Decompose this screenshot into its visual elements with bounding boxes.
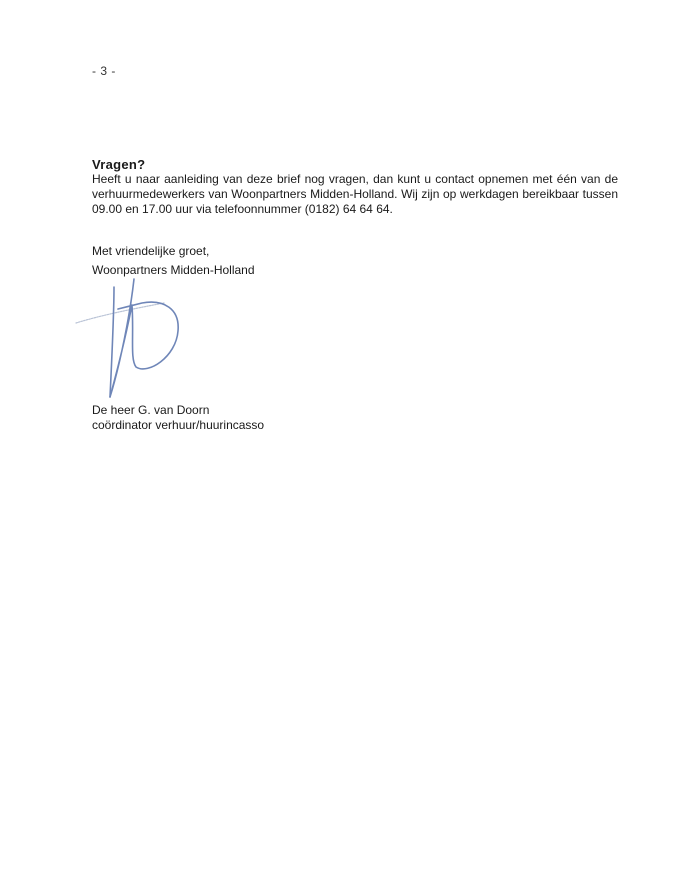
signer-name: De heer G. van Doorn bbox=[92, 403, 264, 418]
closing-greeting: Met vriendelijke groet, bbox=[92, 242, 255, 261]
questions-heading: Vragen? bbox=[92, 157, 618, 172]
signer-block: De heer G. van Doorn coördinator verhuur… bbox=[92, 403, 264, 433]
questions-paragraph: Heeft u naar aanleiding van deze brief n… bbox=[92, 172, 618, 217]
signature-icon bbox=[72, 275, 192, 405]
questions-section: Vragen? Heeft u naar aanleiding van deze… bbox=[92, 157, 618, 217]
signer-title: coördinator verhuur/huurincasso bbox=[92, 418, 264, 433]
page-number: - 3 - bbox=[92, 64, 116, 78]
